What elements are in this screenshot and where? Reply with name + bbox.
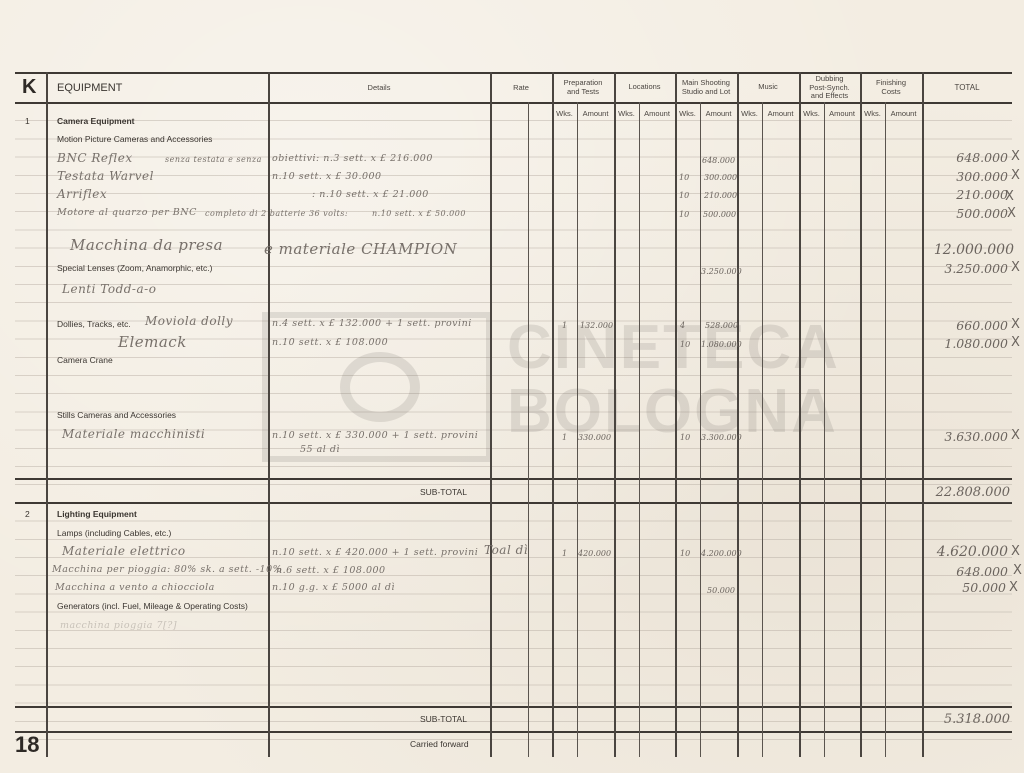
item-motore-quarzo: Motore al quarzo per BNC: [57, 207, 197, 218]
col-divider-number: [46, 72, 48, 757]
item-macchina-vento: Macchina a vento a chiocciola: [55, 582, 215, 593]
col-divider-locations-sub: [639, 102, 640, 757]
prep-amount-elettrico: 420.000: [578, 549, 611, 558]
total-testata: 300.000: [928, 169, 1008, 184]
col-divider-dubbing-sub: [824, 102, 825, 757]
total-lenti: 3.250.000: [928, 261, 1008, 276]
col-divider-details: [268, 72, 270, 757]
total-moviola: 660.000: [928, 318, 1008, 333]
main-amount-elemack: 1.080.000: [701, 340, 742, 349]
main-amount-moviola: 528.000: [705, 321, 738, 330]
col-header-locations: Locations: [614, 83, 675, 92]
total-double-rule: [925, 502, 1012, 503]
prep-wks-header: Wks.: [552, 109, 577, 118]
col-divider-music: [737, 72, 739, 757]
item-arriflex: Arriflex: [57, 187, 107, 201]
main-amount-motore: 500.000: [703, 210, 736, 219]
item-faded-erased: macchina pioggia 7[?]: [60, 620, 177, 631]
col-divider-main: [675, 72, 677, 757]
camera-subtotal-value: 22.808.000: [922, 485, 1010, 500]
main-amount-elettrico: 4.200.000: [701, 549, 742, 558]
watermark-line1: CINETECA: [507, 316, 840, 380]
details-elettrico: n.10 sett. x £ 420.000 + 1 sett. provini: [272, 547, 478, 558]
main-amount-arriflex: 210.000: [704, 191, 737, 200]
total-vento: 50.000: [928, 580, 1006, 595]
col-divider-prep-sub: [577, 102, 578, 757]
check-x-icon: X: [1005, 189, 1014, 204]
sub-lamps: Lamps (including Cables, etc.): [57, 528, 171, 538]
check-x-icon: X: [1011, 149, 1020, 164]
sub-camera-crane: Camera Crane: [57, 355, 113, 365]
col-header-total: TOTAL: [922, 83, 1012, 92]
item-macchina-pioggia: Macchina per pioggia: 80% sk. a sett. -1…: [52, 564, 282, 575]
main-amount-testata: 300.000: [704, 173, 737, 182]
lighting-subtotal-label: SUB-TOTAL: [420, 714, 467, 724]
finishing-amount-header: Amount: [885, 109, 922, 118]
check-x-icon: X: [1007, 206, 1016, 221]
total-elettrico: 4.620.000: [928, 544, 1008, 560]
total-pioggia: 648.000: [928, 564, 1008, 579]
sub-motion-picture-cameras: Motion Picture Cameras and Accessories: [57, 134, 212, 144]
section-2-number: 2: [25, 509, 30, 519]
col-divider-locations: [614, 72, 616, 757]
dubbing-wks-header: Wks.: [799, 109, 824, 118]
check-x-icon: X: [1013, 563, 1022, 578]
prep-amount-header: Amount: [577, 109, 614, 118]
main-wks-elemack: 10: [680, 340, 690, 349]
sub-special-lenses: Special Lenses (Zoom, Anamorphic, etc.): [57, 263, 212, 273]
check-x-icon: X: [1011, 335, 1020, 350]
col-header-music: Music: [737, 83, 799, 92]
check-x-icon: X: [1011, 260, 1020, 275]
locations-wks-header: Wks.: [614, 109, 639, 118]
main-wks-header: Wks.: [675, 109, 700, 118]
check-x-icon: X: [1011, 428, 1020, 443]
col-divider-music-sub: [762, 102, 763, 757]
item-bnc-note: senza testata e senza: [165, 155, 262, 164]
header-bottom-rule: [15, 102, 1012, 104]
main-amount-vento: 50.000: [707, 586, 735, 595]
prep-wks-macchinisti: 1: [562, 433, 567, 442]
col-header-prep: Preparation and Tests: [552, 79, 614, 96]
details-elemack: n.10 sett. x £ 108.000: [272, 337, 388, 348]
col-header-finishing: Finishing Costs: [860, 79, 922, 96]
total-bnc: 648.000: [928, 150, 1008, 165]
details-bnc: obiettivi: n.3 sett. x £ 216.000: [272, 153, 433, 164]
section-letter: K: [22, 76, 36, 99]
dubbing-amount-header: Amount: [824, 109, 860, 118]
section-1-title: Camera Equipment: [57, 116, 134, 126]
budget-sheet: CINETECA BOLOGNA K EQUIPMENT Details Rat…: [0, 0, 1024, 773]
total-arriflex: 210.000: [928, 187, 1008, 202]
main-wks-macchinisti: 10: [680, 433, 690, 442]
item-testata-warvel: Testata Warvel: [57, 169, 154, 183]
prep-wks-elettrico: 1: [562, 549, 567, 558]
section-title: EQUIPMENT: [57, 82, 122, 94]
details-moviola: n.4 sett. x £ 132.000 + 1 sett. provini: [272, 318, 472, 329]
total-champion: 12.000.000: [922, 242, 1014, 258]
details-vento: n.10 g.g. x £ 5000 al dì: [272, 582, 395, 593]
music-amount-header: Amount: [762, 109, 799, 118]
col-divider-total: [922, 72, 924, 757]
total-elemack: 1.080.000: [928, 336, 1008, 351]
camera-subtotal-top-rule: [15, 478, 1012, 480]
main-amount-header: Amount: [700, 109, 737, 118]
carried-forward-label: Carried forward: [410, 739, 469, 749]
details-macchinisti-note: 55 al dì: [300, 444, 340, 455]
finishing-wks-header: Wks.: [860, 109, 885, 118]
prep-wks-moviola: 1: [562, 321, 567, 330]
details-testata: n.10 sett. x £ 30.000: [272, 171, 382, 182]
details-arriflex: : n.10 sett. x £ 21.000: [312, 189, 429, 200]
prep-amount-moviola: 132.000: [580, 321, 613, 330]
header-top-rule: [15, 72, 1012, 74]
main-wks-motore: 10: [679, 210, 689, 219]
col-divider-rate: [490, 72, 492, 757]
total-macchinisti: 3.630.000: [928, 429, 1008, 444]
details-motore: n.10 sett. x £ 50.000: [372, 209, 466, 218]
col-header-details: Details: [268, 83, 490, 92]
camera-subtotal-label: SUB-TOTAL: [420, 487, 467, 497]
lighting-subtotal-value: 5.318.000: [922, 712, 1010, 727]
main-amount-bnc: 648.000: [702, 156, 735, 165]
col-header-rate: Rate: [490, 83, 552, 92]
main-wks-testata: 10: [679, 173, 689, 182]
col-divider-prep: [552, 72, 554, 757]
col-divider-finishing: [860, 72, 862, 757]
col-header-dubbing: Dubbing Post-Synch. and Effects: [799, 75, 860, 101]
section-1-number: 1: [25, 116, 30, 126]
main-amount-lenti: 3.250.000: [701, 267, 742, 276]
item-macchina-da-presa: Macchina da presa: [70, 236, 223, 254]
item-materiale-elettrico: Materiale elettrico: [62, 544, 186, 558]
details-macchinisti: n.10 sett. x £ 330.000 + 1 sett. provini: [272, 430, 478, 441]
page-number: 18: [15, 732, 39, 758]
details-pioggia: n.6 sett. x £ 108.000: [276, 565, 386, 576]
locations-amount-header: Amount: [639, 109, 675, 118]
music-wks-header: Wks.: [737, 109, 762, 118]
main-wks-moviola: 4: [680, 321, 685, 330]
check-x-icon: X: [1011, 317, 1020, 332]
check-x-icon: X: [1009, 580, 1018, 595]
col-divider-finishing-sub: [885, 102, 886, 757]
total-motore: 500.000: [928, 206, 1008, 221]
item-moviola-dolly: Moviola dolly: [145, 314, 233, 328]
main-wks-arriflex: 10: [679, 191, 689, 200]
lighting-subtotal-bottom-rule: [15, 731, 1012, 733]
check-x-icon: X: [1011, 544, 1020, 559]
col-divider-rate-sub: [528, 102, 529, 757]
col-divider-dubbing: [799, 72, 801, 757]
watermark-logo-ring-icon: [340, 352, 420, 422]
camera-subtotal-bottom-rule: [15, 502, 1012, 504]
col-header-main-shooting: Main Shooting Studio and Lot: [675, 79, 737, 96]
main-wks-elettrico: 10: [680, 549, 690, 558]
item-materiale-macchinisti: Materiale macchinisti: [62, 427, 205, 441]
check-x-icon: X: [1011, 168, 1020, 183]
item-lenti-todd-ao: Lenti Todd-a-o: [62, 282, 156, 296]
item-bnc-reflex: BNC Reflex: [57, 151, 133, 165]
sub-dollies-tracks: Dollies, Tracks, etc.: [57, 319, 131, 329]
sub-stills-cameras: Stills Cameras and Accessories: [57, 410, 176, 420]
sub-generators: Generators (incl. Fuel, Mileage & Operat…: [57, 601, 248, 611]
item-elemack: Elemack: [118, 333, 187, 351]
details-elettrico-note: Toal dì: [484, 543, 528, 557]
main-amount-macchinisti: 3.300.000: [701, 433, 742, 442]
watermark-line2: BOLOGNA: [507, 380, 838, 444]
prep-amount-macchinisti: 330.000: [578, 433, 611, 442]
details-champion: e materiale CHAMPION: [264, 240, 457, 258]
lighting-subtotal-top-rule: [15, 706, 1012, 708]
section-2-title: Lighting Equipment: [57, 509, 137, 519]
col-divider-main-sub: [700, 102, 701, 757]
item-motore-note: completo di 2 batterie 36 volts:: [205, 209, 348, 218]
